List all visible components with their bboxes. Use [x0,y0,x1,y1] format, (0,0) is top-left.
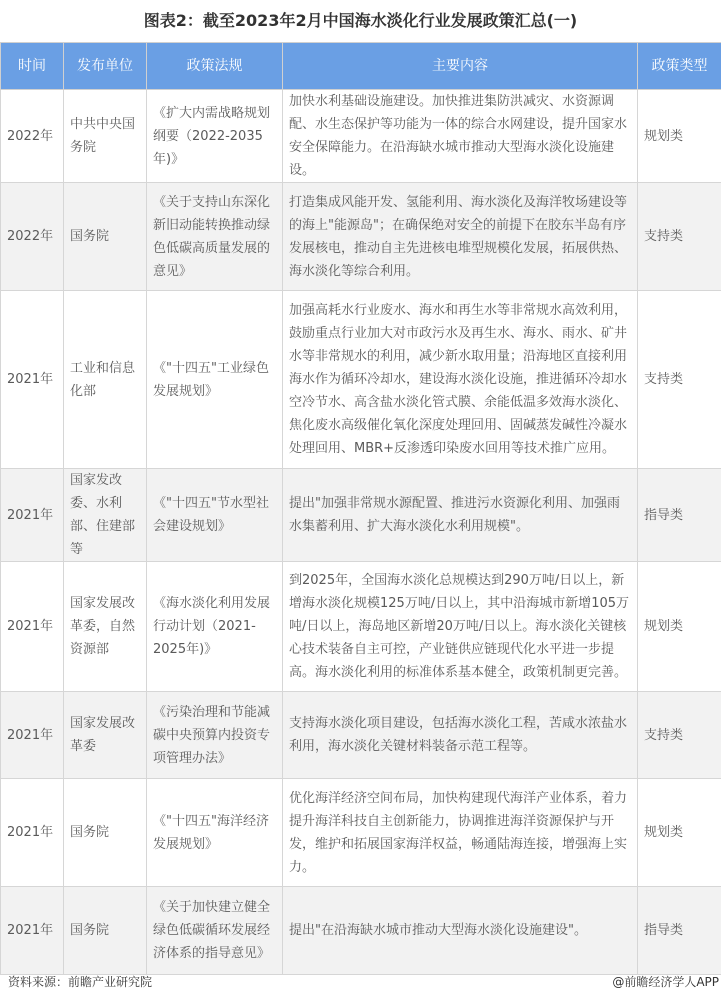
header-content: 主要内容 [283,43,638,90]
table-row: 2021年 国家发展改革委，自然资源部 《海水淡化利用发展行动计划（2021-2… [1,562,721,692]
cell-type: 支持类 [638,291,721,469]
header-issuer: 发布单位 [64,43,147,90]
cell-type: 指导类 [638,469,721,562]
cell-content: 优化海洋经济空间布局，加快构建现代海洋产业体系，着力提升海洋科技自主创新能力，协… [283,779,638,887]
cell-type: 支持类 [638,692,721,779]
header-type: 政策类型 [638,43,721,90]
cell-content: 打造集成风能开发、氢能利用、海水淡化及海洋牧场建设等的海上"能源岛"；在确保绝对… [283,183,638,291]
cell-issuer: 国家发改委、水利部、住建部等 [64,469,147,562]
table-row: 2021年 国家发展改革委 《污染治理和节能减碳中央预算内投资专项管理办法》 支… [1,692,721,779]
cell-policy: 《扩大内需战略规划纲要（2022-2035年)》 [147,90,283,183]
header-time: 时间 [1,43,64,90]
cell-policy: 《污染治理和节能减碳中央预算内投资专项管理办法》 [147,692,283,779]
cell-content: 支持海水淡化项目建设，包括海水淡化工程，苦咸水浓盐水利用，海水淡化关键材料装备示… [283,692,638,779]
table-header-row: 时间 发布单位 政策法规 主要内容 政策类型 [1,43,721,90]
table-row: 2021年 工业和信息化部 《"十四五"工业绿色发展规划》 加强高耗水行业废水、… [1,291,721,469]
header-policy: 政策法规 [147,43,283,90]
cell-content: 到2025年，全国海水淡化总规模达到290万吨/日以上，新增海水淡化规模125万… [283,562,638,692]
table-row: 2021年 国务院 《关于加快建立健全绿色低碳循环发展经济体系的指导意见》 提出… [1,887,721,975]
cell-type: 规划类 [638,562,721,692]
cell-content: 提出"在沿海缺水城市推动大型海水淡化设施建设"。 [283,887,638,975]
cell-time: 2021年 [1,562,64,692]
cell-policy: 《"十四五"工业绿色发展规划》 [147,291,283,469]
credit-note: @前瞻经济学人APP [612,973,719,990]
cell-time: 2021年 [1,291,64,469]
cell-policy: 《海水淡化利用发展行动计划（2021-2025年)》 [147,562,283,692]
cell-time: 2021年 [1,887,64,975]
cell-type: 支持类 [638,183,721,291]
cell-time: 2022年 [1,183,64,291]
table-row: 2022年 中共中央国务院 《扩大内需战略规划纲要（2022-2035年)》 加… [1,90,721,183]
cell-content: 提出"加强非常规水源配置、推进污水资源化利用、加强雨水集蓄利用、扩大海水淡化水利… [283,469,638,562]
cell-type: 指导类 [638,887,721,975]
cell-type: 规划类 [638,779,721,887]
table-row: 2022年 国务院 《关于支持山东深化新旧动能转换推动绿色低碳高质量发展的意见》… [1,183,721,291]
cell-issuer: 国务院 [64,779,147,887]
table-row: 2021年 国务院 《"十四五"海洋经济发展规划》 优化海洋经济空间布局，加快构… [1,779,721,887]
table-title: 图表2：截至2023年2月中国海水淡化行业发展政策汇总(一) [0,8,721,31]
cell-time: 2021年 [1,469,64,562]
cell-content: 加快水利基础设施建设。加快推进集防洪减灾、水资源调配、水生态保护等功能为一体的综… [283,90,638,183]
cell-content: 加强高耗水行业废水、海水和再生水等非常规水高效利用，鼓励重点行业加大对市政污水及… [283,291,638,469]
policy-table: 时间 发布单位 政策法规 主要内容 政策类型 2022年 中共中央国务院 《扩大… [0,42,721,975]
cell-issuer: 国务院 [64,183,147,291]
source-note: 资料来源：前瞻产业研究院 [8,973,152,990]
cell-issuer: 中共中央国务院 [64,90,147,183]
cell-type: 规划类 [638,90,721,183]
cell-policy: 《关于加快建立健全绿色低碳循环发展经济体系的指导意见》 [147,887,283,975]
cell-policy: 《"十四五"海洋经济发展规划》 [147,779,283,887]
cell-policy: 《关于支持山东深化新旧动能转换推动绿色低碳高质量发展的意见》 [147,183,283,291]
cell-issuer: 工业和信息化部 [64,291,147,469]
cell-time: 2021年 [1,692,64,779]
cell-issuer: 国家发展改革委 [64,692,147,779]
cell-issuer: 国务院 [64,887,147,975]
table-row: 2021年 国家发改委、水利部、住建部等 《"十四五"节水型社会建设规划》 提出… [1,469,721,562]
cell-time: 2022年 [1,90,64,183]
cell-policy: 《"十四五"节水型社会建设规划》 [147,469,283,562]
cell-time: 2021年 [1,779,64,887]
cell-issuer: 国家发展改革委，自然资源部 [64,562,147,692]
